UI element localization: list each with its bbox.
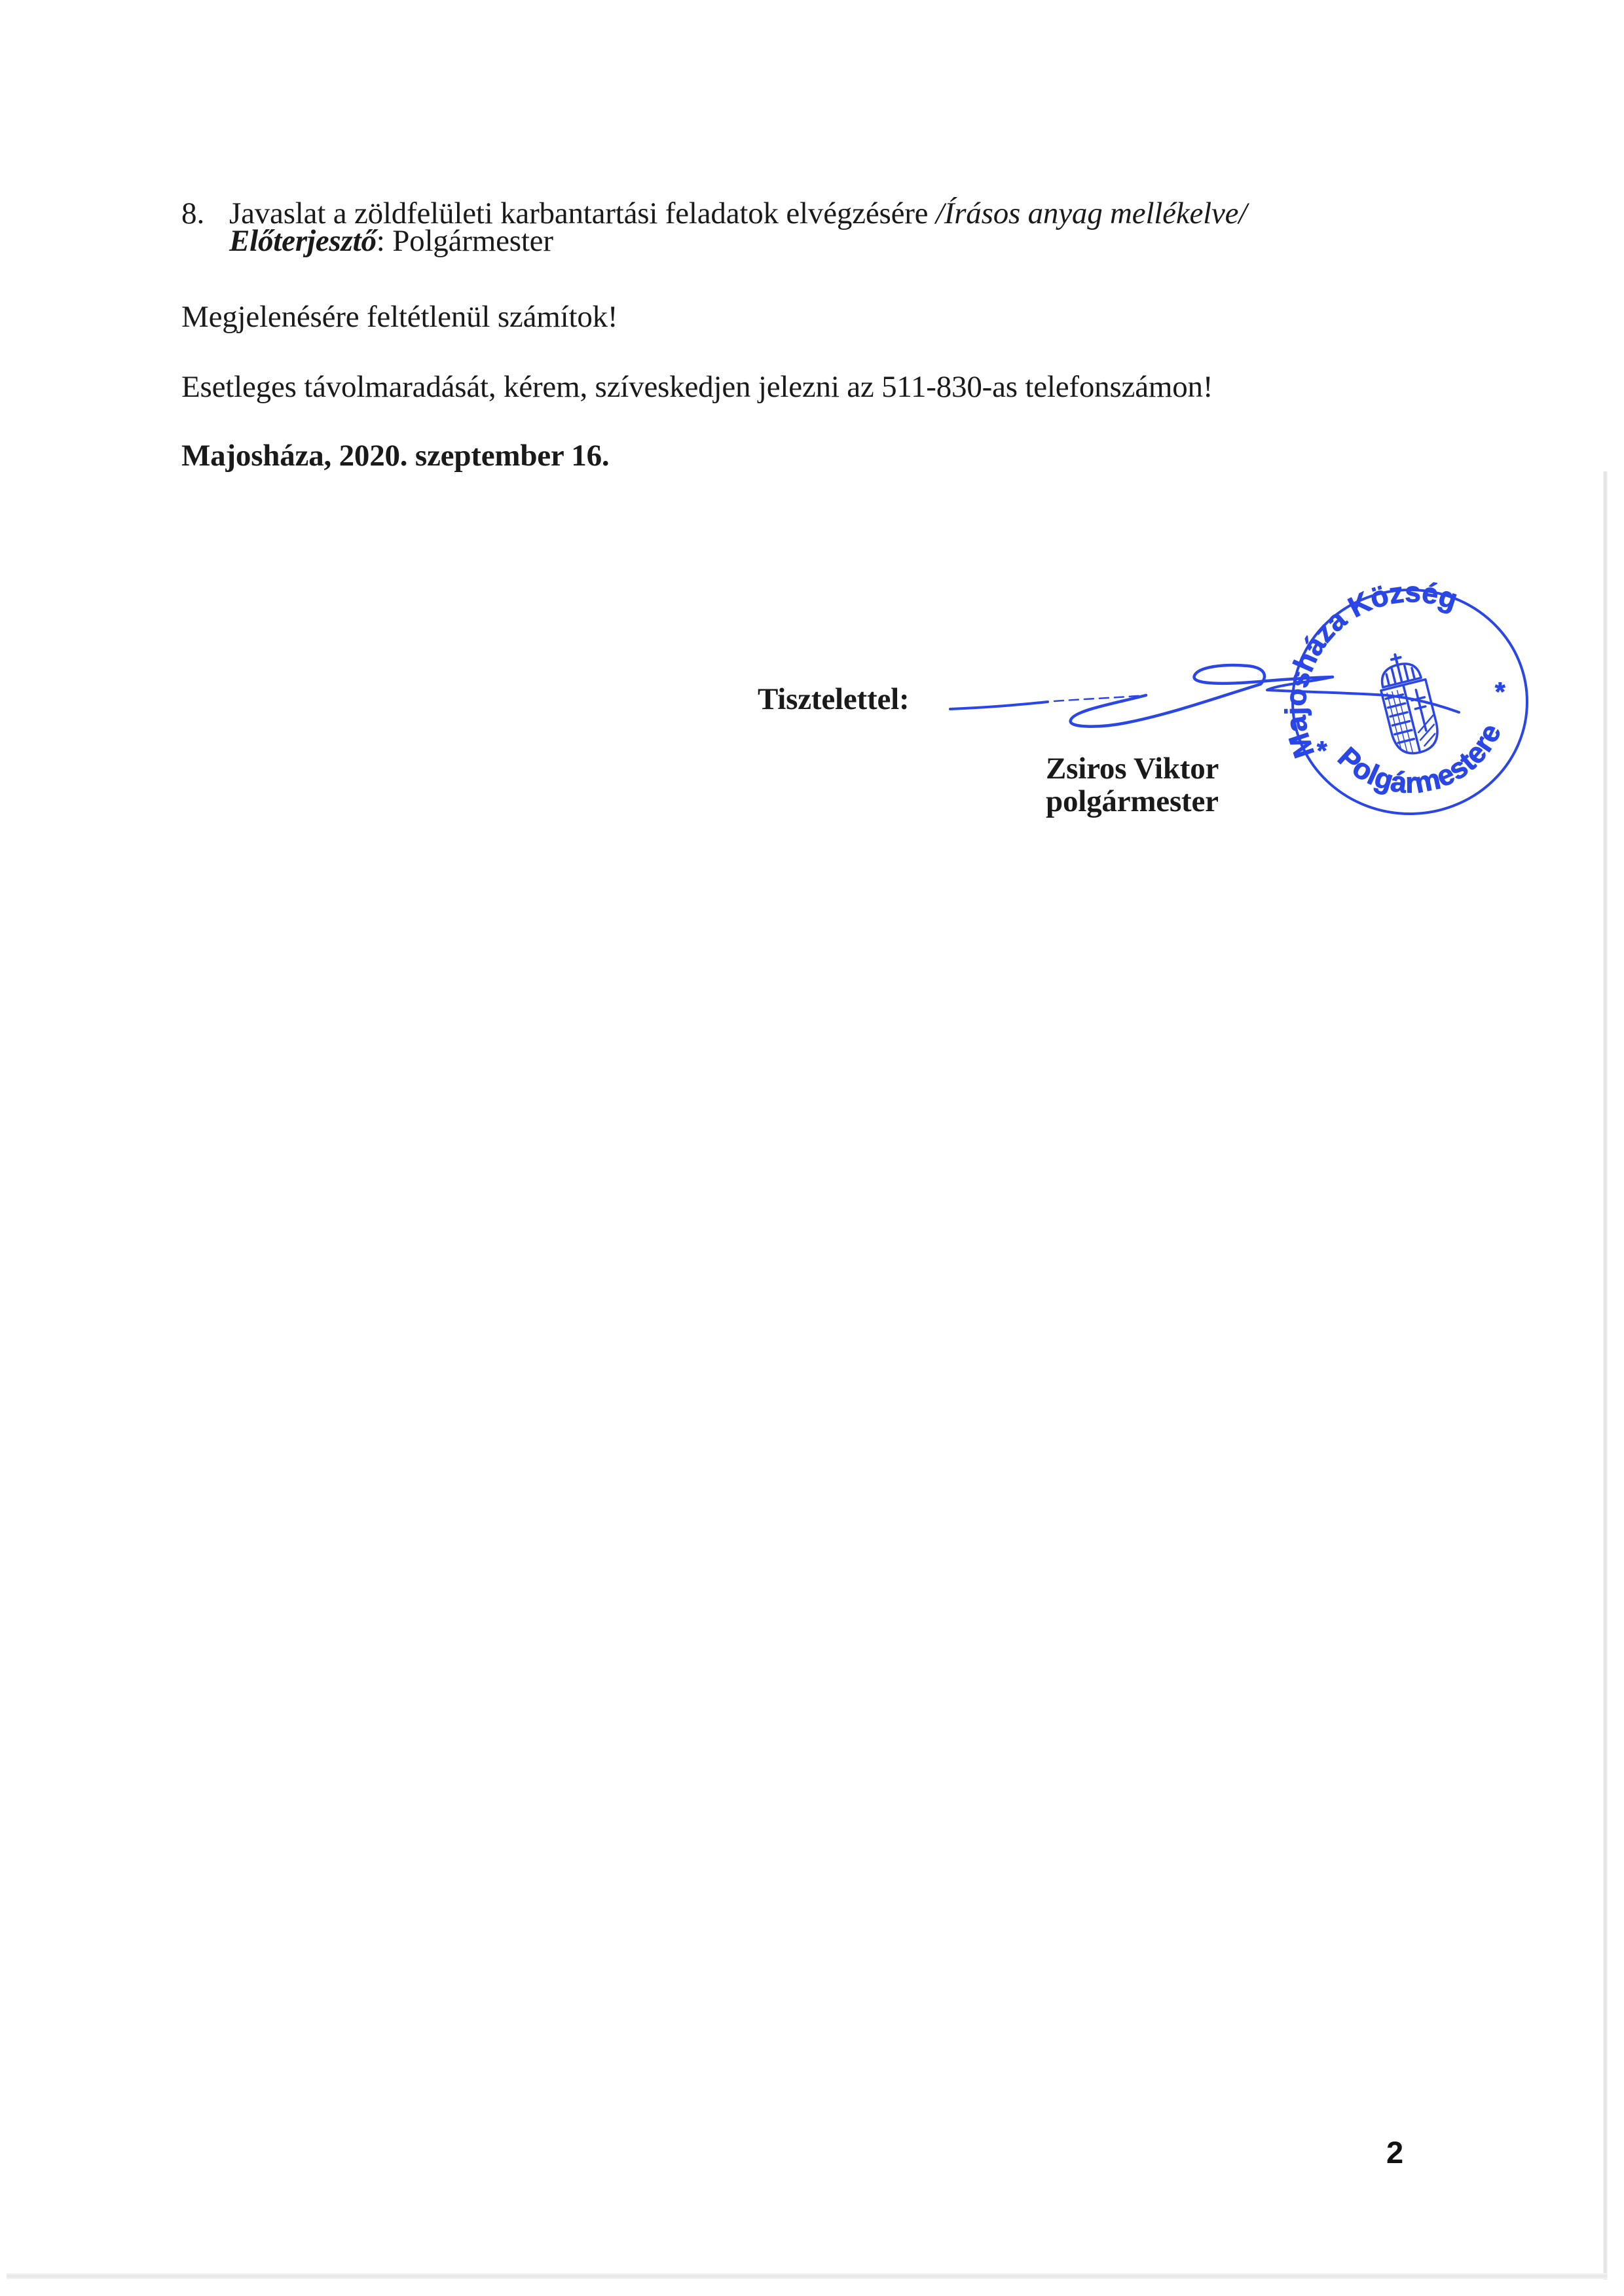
stamp-star-left: * (1317, 737, 1327, 765)
page-edge-right (1603, 471, 1608, 2280)
attachment-note: /Írásos anyag mellékelve/ (936, 196, 1247, 230)
presenter-name: Polgármester (392, 224, 553, 258)
signer-name: Zsiros Viktor (1046, 754, 1219, 784)
stamp-bottom-text: Polgármestere (1332, 719, 1507, 799)
presenter-separator: : (377, 224, 392, 258)
absence-notice: Esetleges távolmaradását, kérem, szívesk… (181, 372, 1213, 403)
official-stamp: Majosháza Község Polgármestere * * (1280, 576, 1527, 814)
presenter-label: Előterjesztő (229, 224, 377, 258)
page-edge-bottom (7, 2273, 1607, 2279)
stamp-outer-ring (1293, 590, 1527, 814)
agenda-item-number: 8. (181, 198, 204, 229)
handwritten-signature (950, 665, 1459, 727)
ink-layer: Majosháza Község Polgármestere * * (0, 0, 1624, 2296)
stamp-star-right: * (1495, 678, 1505, 706)
signer-title: polgármester (1046, 786, 1219, 817)
page-number: 2 (1386, 2137, 1403, 2168)
attendance-request: Megjelenésére feltétlenül számítok! (181, 302, 618, 333)
coat-of-arms-icon (1373, 649, 1442, 757)
place-and-date: Majosháza, 2020. szeptember 16. (181, 441, 609, 471)
closing-salutation: Tisztelettel: (758, 684, 909, 715)
stamp-top-text: Majosháza Község (1280, 576, 1462, 761)
agenda-item-presenter-line: Előterjesztő: Polgármester (229, 226, 553, 257)
document-page: 8. Javaslat a zöldfelületi karbantartási… (0, 0, 1624, 2296)
